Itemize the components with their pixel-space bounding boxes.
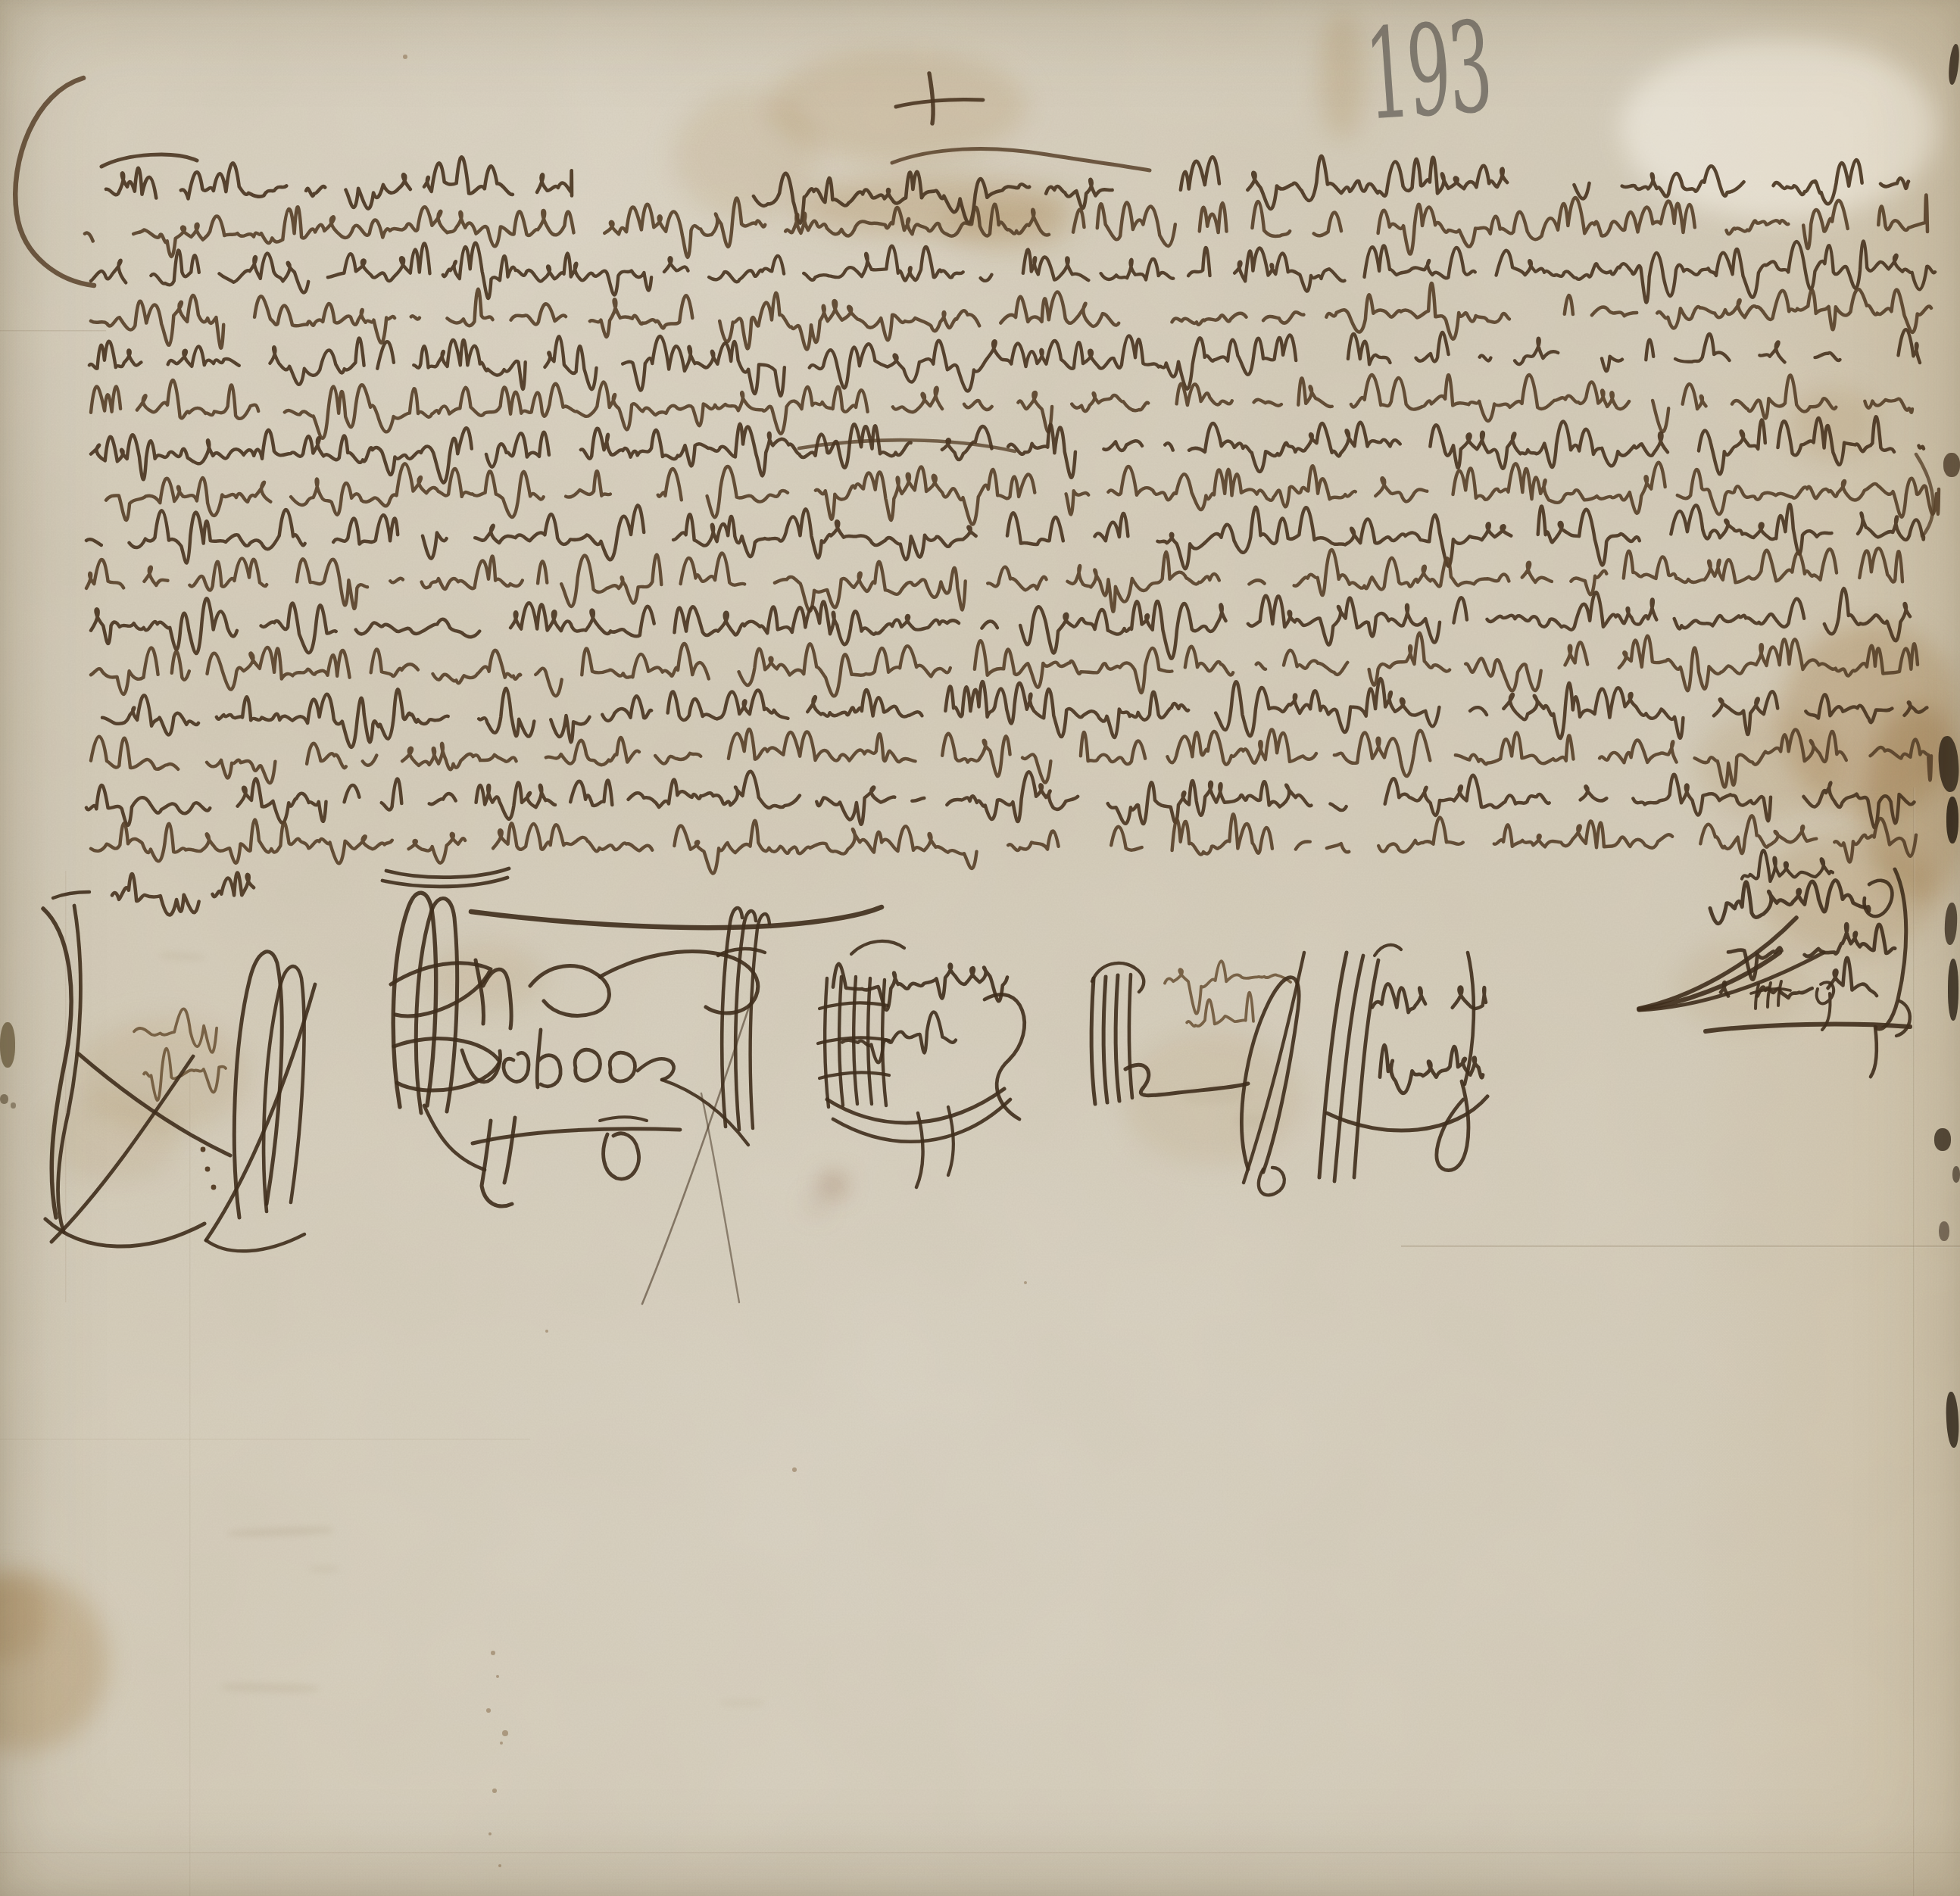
edge-dark-mark: [1939, 1221, 1949, 1241]
edge-dark-mark: [1944, 903, 1958, 946]
manuscript-page: 193: [0, 0, 1960, 1896]
edge-dark-mark: [1934, 1128, 1951, 1151]
edge-dark-mark: [0, 1094, 8, 1104]
edge-dark-mark: [1943, 453, 1960, 477]
edge-dark-mark: [1948, 959, 1958, 1021]
edge-dark-mark: [1947, 44, 1960, 86]
edge-dark-mark: [1937, 735, 1960, 793]
edge-dark-mark: [1952, 1166, 1960, 1183]
edge-dark-mark: [1945, 1392, 1960, 1449]
edge-dark-mark: [11, 1102, 16, 1109]
edge-dark-mark: [1946, 797, 1958, 844]
edge-dark-mark: [0, 1022, 15, 1068]
edge-damage-layer: [0, 0, 1960, 1896]
